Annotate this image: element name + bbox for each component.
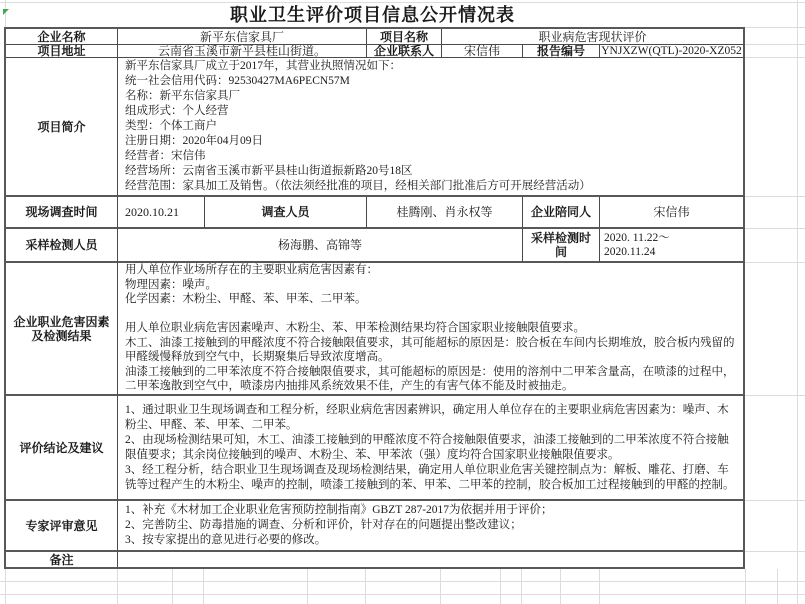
cell-remark-label: 备注 [6, 552, 118, 567]
expert-text: 1、补充《木材加工企业职业危害预防控制指南》GBZT 287-2017为依据并用… [125, 503, 736, 548]
gridline [0, 581, 805, 582]
sampling-time-text: 2020. 11.22～ 2020.11.24 [604, 231, 670, 259]
page-title: 职业卫生评价项目信息公开情况表 [4, 3, 741, 27]
cell-sampling-time-label: 采样检测时间 [523, 229, 600, 263]
cell-conclusion-label: 评价结论及建议 [6, 396, 118, 501]
gridline [745, 569, 746, 604]
cell-contact-label: 企业联系人 [367, 45, 442, 58]
cell-conclusion-text: 1、通过职业卫生现场调查和工程分析，经职业病危害因素辨识，确定用人单位存在的主要… [118, 396, 743, 501]
gridline [745, 196, 805, 197]
cell-sampling-time-value: 2020. 11.22～ 2020.11.24 [600, 229, 743, 263]
gridline [203, 569, 204, 604]
cell-survey-staff-value: 桂腾刚、肖永权等 [367, 197, 523, 229]
cell-hazards-text: 用人单位作业场所存在的主要职业病危害因素有： 物理因素：噪声。 化学因素：木粉尘… [118, 263, 743, 396]
cell-remark-value [118, 552, 743, 567]
gridline [745, 228, 805, 229]
profile-text: 新平东信家具厂成立于2017年，其营业执照情况如下： 统一社会信用代码：9253… [125, 59, 736, 194]
cell-address-value: 云南省玉溪市新平县桂山街道。 [118, 45, 367, 58]
cell-survey-time-label: 现场调查时间 [6, 197, 118, 229]
cell-report-no-value: YNJXZW(QTL)-2020-XZ052 [600, 45, 743, 58]
cell-expert-label: 专家评审意见 [6, 501, 118, 552]
gridline [560, 569, 561, 604]
cell-escort-label: 企业陪同人 [523, 197, 600, 229]
info-table: 企业名称 新平东信家具厂 项目名称 职业病危害现状评价 项目地址 云南省玉溪市新… [4, 27, 745, 569]
gridline [745, 395, 805, 396]
gridline [777, 569, 778, 604]
gridline [745, 57, 805, 58]
cell-profile-label: 项目简介 [6, 58, 118, 197]
cell-sampling-staff-value: 杨海鹏、高锦等 [118, 229, 523, 263]
cell-report-no-label: 报告编号 [523, 45, 600, 58]
cell-survey-time-value: 2020.10.21 [118, 197, 205, 229]
cell-sampling-staff-label: 采样检测人员 [6, 229, 118, 263]
gridline [745, 551, 805, 552]
cell-contact-value: 宋信伟 [442, 45, 523, 58]
cell-expert-text: 1、补充《木材加工企业职业危害预防控制指南》GBZT 287-2017为依据并用… [118, 501, 743, 552]
cell-survey-staff-label: 调查人员 [205, 197, 367, 229]
gridline [440, 569, 441, 604]
cell-profile-text: 新平东信家具厂成立于2017年，其营业执照情况如下： 统一社会信用代码：9253… [118, 58, 743, 197]
gridline [745, 262, 805, 263]
cell-company-label: 企业名称 [6, 29, 118, 45]
gridline [0, 594, 805, 595]
cell-project-label: 项目名称 [367, 29, 442, 45]
cell-project-value: 职业病危害现状评价 [442, 29, 743, 45]
cell-escort-value: 宋信伟 [600, 197, 743, 229]
gridline [117, 569, 118, 604]
gridline [745, 27, 805, 28]
conclusion-text: 1、通过职业卫生现场调查和工程分析，经职业病危害因素辨识，确定用人单位存在的主要… [125, 403, 736, 493]
gridline [745, 44, 805, 45]
gridline [365, 569, 366, 604]
gridline [599, 569, 600, 604]
cell-hazards-label: 企业职业危害因素及检测结果 [6, 263, 118, 396]
gridline [5, 569, 6, 604]
gridline [307, 569, 308, 604]
gridline [521, 569, 522, 604]
cell-company-value: 新平东信家具厂 [118, 29, 367, 45]
gridline [172, 569, 173, 604]
hazards-text: 用人单位作业场所存在的主要职业病危害因素有： 物理因素：噪声。 化学因素：木粉尘… [125, 263, 736, 394]
gridline [745, 500, 805, 501]
gridline [797, 0, 798, 604]
spreadsheet-page: 职业卫生评价项目信息公开情况表 企业名称 新平东信家具厂 项目名称 职业病危害现… [0, 0, 805, 604]
gridline [500, 569, 501, 604]
cell-address-label: 项目地址 [6, 45, 118, 58]
